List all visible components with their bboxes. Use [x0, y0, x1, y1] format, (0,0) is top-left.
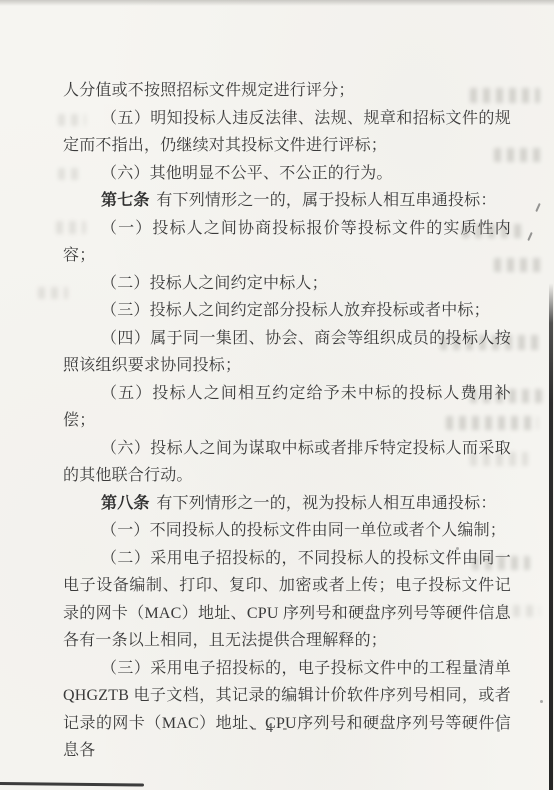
paragraph-text: （三）采用电子招投标的，电子投标文件中的工程量清单QHGZTB 电子文档，其记录…: [63, 660, 511, 760]
speck-mark: [540, 700, 543, 703]
paragraph-text: （二）采用电子招投标的，不同投标人的投标文件由同一电子设备编制、打印、复印、加密…: [63, 550, 511, 650]
paragraph: （三）投标人之间约定部分投标人放弃投标或者中标；: [63, 297, 511, 325]
paragraph-text: （一）投标人之间协商投标报价等投标文件的实质性内容；: [63, 220, 511, 265]
article-number: 第八条: [101, 495, 150, 512]
scan-right-edge-line: [549, 283, 553, 790]
paragraph-text: 有下列情形之一的，属于投标人相互串通投标：: [156, 192, 496, 209]
document-body: 人分值或不按照招标文件规定进行评分； （五）明知投标人违反法律、法规、规章和招标…: [63, 77, 511, 765]
paragraph: （二）采用电子招投标的，不同投标人的投标文件由同一电子设备编制、打印、复印、加密…: [63, 545, 511, 655]
paragraph-text: （三）投标人之间约定部分投标人放弃投标或者中标；: [101, 302, 490, 319]
paragraph: （一）投标人之间协商投标报价等投标文件的实质性内容；: [63, 215, 511, 270]
paragraph-text: （四）属于同一集团、协会、商会等组织成员的投标人按照该组织要求协同投标；: [63, 330, 511, 375]
page-number: - 4 -: [0, 721, 542, 737]
pen-mark: [535, 203, 540, 212]
paragraph-text: （一）不同投标人的投标文件由同一单位或者个人编制；: [101, 522, 506, 539]
paragraph: 第八条有下列情形之一的，视为投标人相互串通投标：: [63, 490, 511, 518]
paragraph: （五）投标人之间相互约定给予未中标的投标人费用补偿；: [63, 380, 511, 435]
paragraph: 第七条有下列情形之一的，属于投标人相互串通投标：: [63, 187, 511, 215]
paragraph-text: （五）投标人之间相互约定给予未中标的投标人费用补偿；: [63, 385, 511, 430]
paragraph: （六）投标人之间为谋取中标或者排斥特定投标人而采取的其他联合行动。: [63, 435, 511, 490]
paragraph: （二）投标人之间约定中标人；: [63, 270, 511, 298]
pen-mark: [527, 232, 532, 241]
paragraph-text: 人分值或不按照招标文件规定进行评分；: [63, 82, 355, 99]
paragraph: （四）属于同一集团、协会、商会等组织成员的投标人按照该组织要求协同投标；: [63, 325, 511, 380]
paragraph: （一）不同投标人的投标文件由同一单位或者个人编制；: [63, 517, 511, 545]
scan-bottom-edge-line: [0, 782, 144, 787]
paragraph: （五）明知投标人违反法律、法规、规章和招标文件的规定而不指出，仍继续对其投标文件…: [63, 105, 511, 160]
paragraph-text: （五）明知投标人违反法律、法规、规章和招标文件的规定而不指出，仍继续对其投标文件…: [63, 110, 511, 155]
paragraph: （三）采用电子招投标的，电子投标文件中的工程量清单QHGZTB 电子文档，其记录…: [63, 655, 511, 765]
paragraph-text: 有下列情形之一的，视为投标人相互串通投标：: [156, 495, 496, 512]
paragraph-text: （二）投标人之间约定中标人；: [101, 275, 328, 292]
paragraph-text: （六）其他明显不公平、不公正的行为。: [101, 165, 393, 182]
scanned-document-page: 人分值或不按照招标文件规定进行评分； （五）明知投标人违反法律、法规、规章和招标…: [0, 0, 554, 790]
paragraph: （六）其他明显不公平、不公正的行为。: [63, 160, 511, 188]
paragraph-text: （六）投标人之间为谋取中标或者排斥特定投标人而采取的其他联合行动。: [63, 440, 511, 485]
article-number: 第七条: [101, 192, 150, 209]
paragraph: 人分值或不按照招标文件规定进行评分；: [63, 77, 511, 105]
scan-top-shadow: [0, 0, 554, 6]
